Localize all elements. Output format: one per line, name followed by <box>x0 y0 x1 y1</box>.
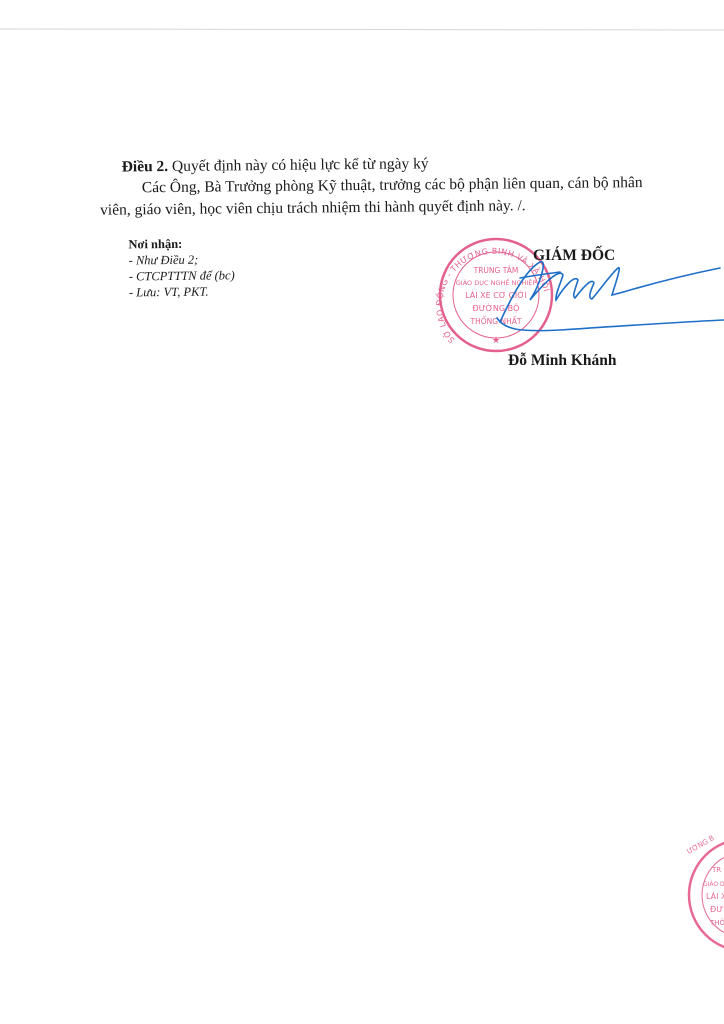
svg-text:ƯƠNG B: ƯƠNG B <box>686 834 716 856</box>
edge-stamp: TR GIÁO DỤ LÁI X ĐƯ THÔ ƯƠNG B <box>686 834 724 951</box>
svg-text:LÁI X: LÁI X <box>706 890 724 901</box>
svg-text:TR: TR <box>711 866 721 874</box>
svg-text:★: ★ <box>492 335 500 345</box>
svg-text:THỐNG NHẤT: THỐNG NHẤT <box>470 316 522 326</box>
svg-text:GIÁO DỤ: GIÁO DỤ <box>703 881 724 888</box>
svg-text:ĐƯỜNG BỘ: ĐƯỜNG BỘ <box>473 302 520 313</box>
signer-name: Đỗ Minh Khánh <box>508 352 617 370</box>
svg-text:ĐƯ: ĐƯ <box>710 905 723 914</box>
stamp-overlay: SỞ LAO ĐỘNG - THƯƠNG BINH VÀ XÃ HỘI TRUN… <box>0 0 724 1024</box>
svg-text:THÔ: THÔ <box>709 918 724 927</box>
svg-text:TRUNG TÂM: TRUNG TÂM <box>473 266 519 275</box>
signature-title: GIÁM ĐỐC <box>533 247 615 265</box>
svg-text:LÁI XE CƠ GIỚI: LÁI XE CƠ GIỚI <box>465 289 527 300</box>
